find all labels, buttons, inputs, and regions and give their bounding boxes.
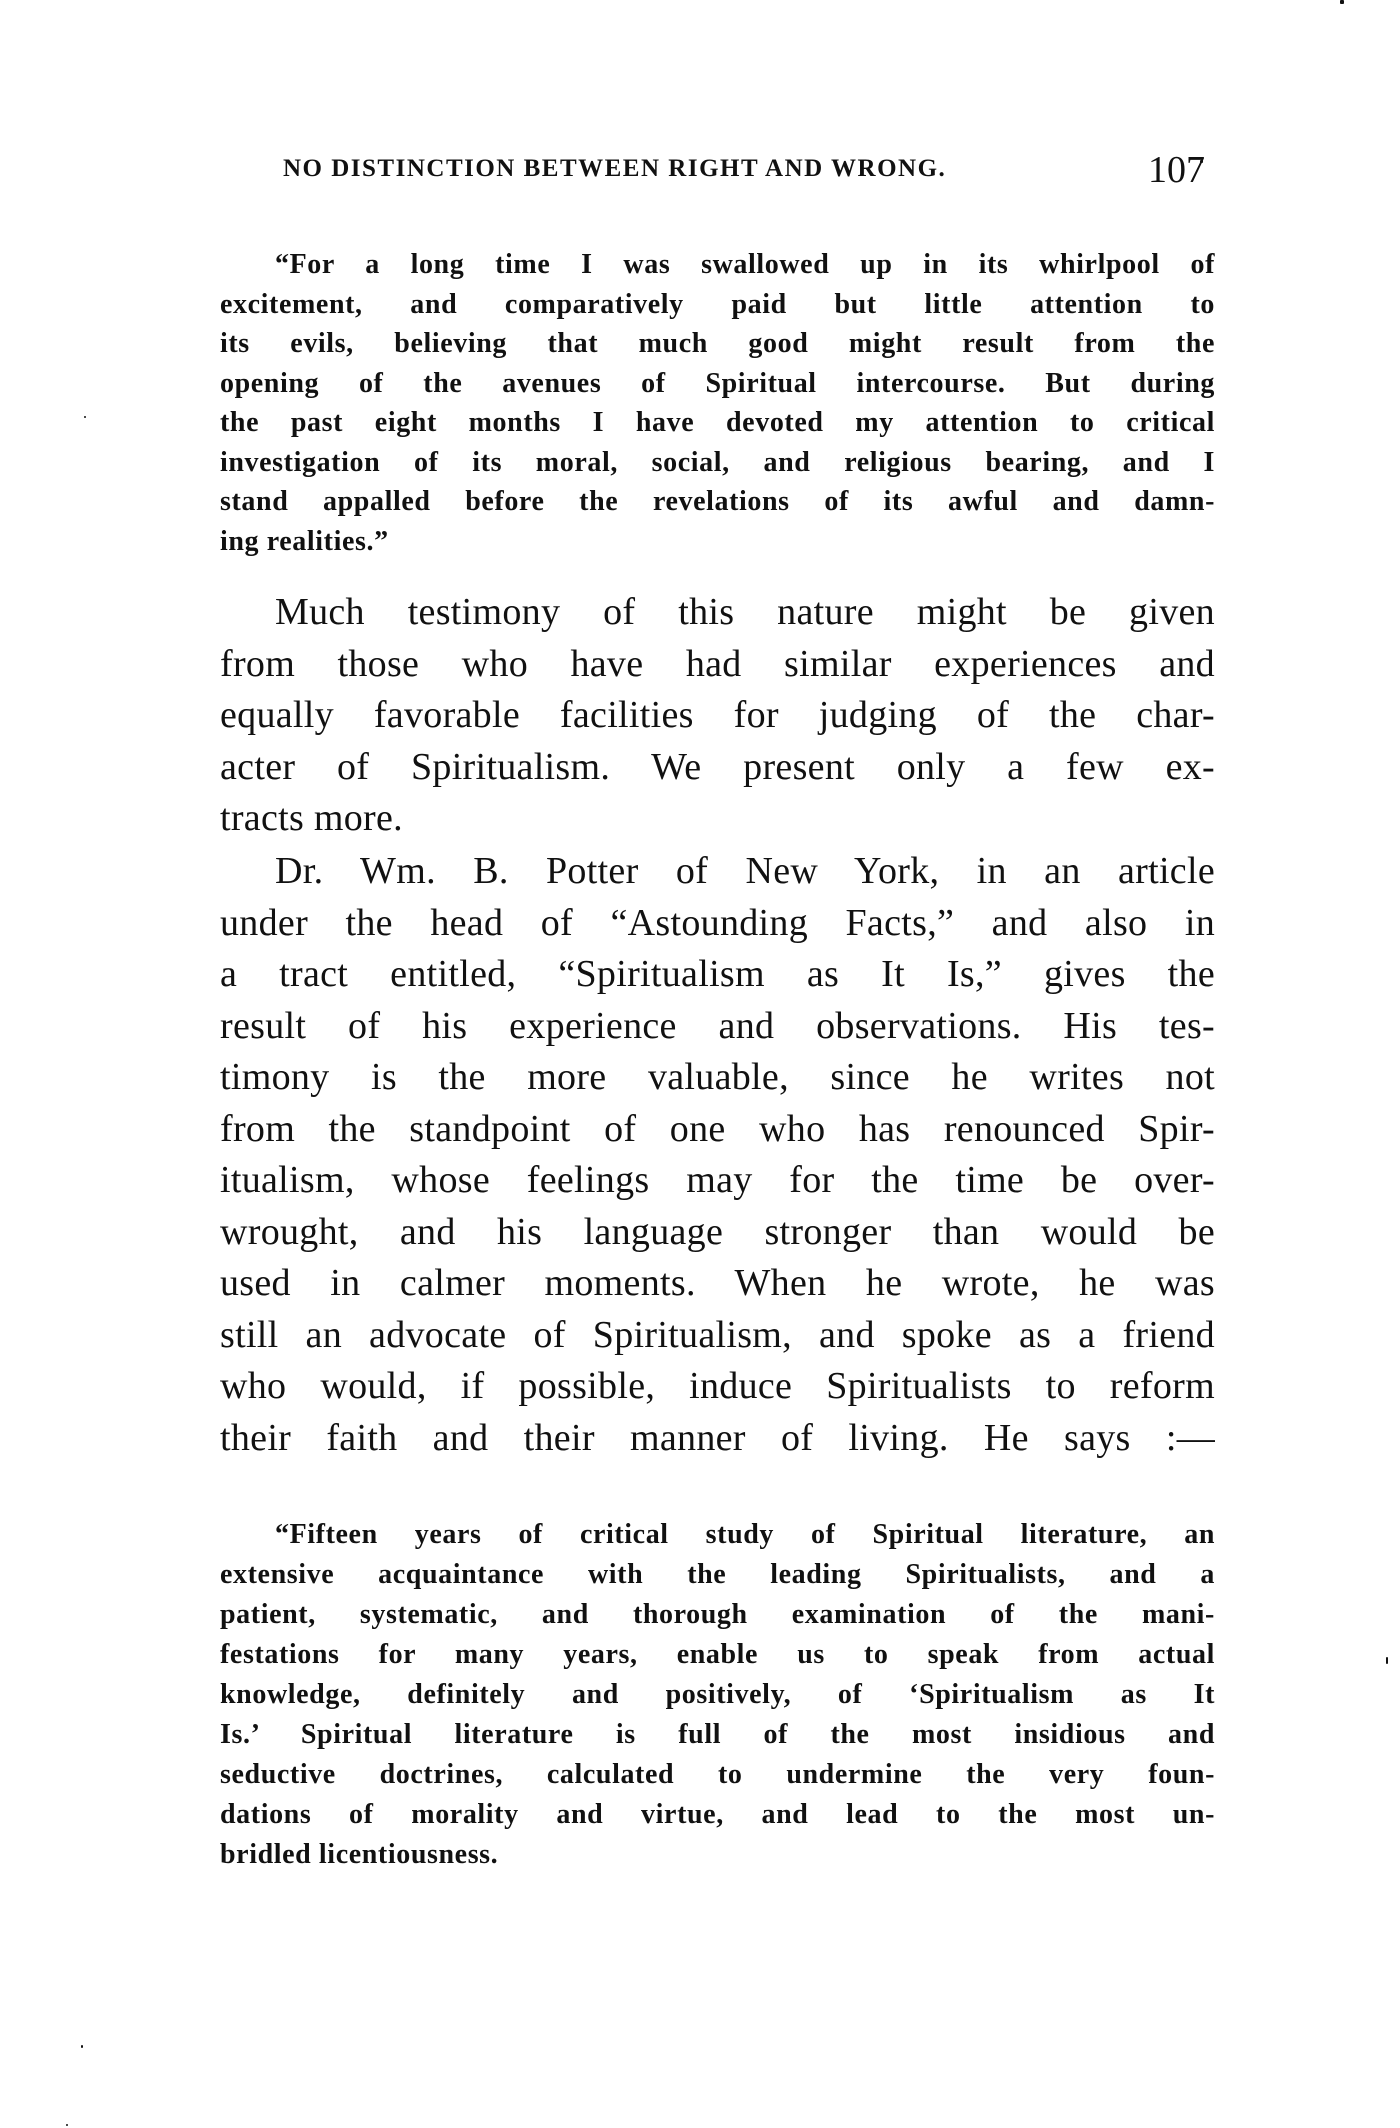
scan-speck xyxy=(1340,0,1344,4)
body-line: wrought, and his language stronger than … xyxy=(220,1207,1215,1259)
quote-line: bridled licentiousness. xyxy=(220,1835,1215,1875)
body-line: under the head of “Astounding Facts,” an… xyxy=(220,898,1215,950)
block-quote-1: “For a long time I was swallowed up in i… xyxy=(220,245,1215,561)
body-line: acter of Spiritualism. We present only a… xyxy=(220,742,1215,794)
body-line: from those who have had similar experien… xyxy=(220,639,1215,691)
body-line: from the standpoint of one who has renou… xyxy=(220,1104,1215,1156)
body-line: a tract entitled, “Spiritualism as It Is… xyxy=(220,949,1215,1001)
body-line: equally favorable facilities for judging… xyxy=(220,690,1215,742)
quote-line: festations for many years, enable us to … xyxy=(220,1635,1215,1675)
quote-line: its evils, believing that much good migh… xyxy=(220,324,1215,364)
quote-line: ing realities.” xyxy=(220,522,1215,562)
quote-line: patient, systematic, and thorough examin… xyxy=(220,1595,1215,1635)
body-line: still an advocate of Spiritualism, and s… xyxy=(220,1310,1215,1362)
scan-speck xyxy=(1386,1657,1388,1664)
book-page: NO DISTINCTION BETWEEN RIGHT AND WRONG. … xyxy=(0,0,1400,2128)
body-paragraph-2: Dr. Wm. B. Potter of New York, in an art… xyxy=(220,846,1215,1464)
body-line: itualism, whose feelings may for the tim… xyxy=(220,1155,1215,1207)
body-line: tracts more. xyxy=(220,793,1215,845)
quote-line: “Fifteen years of critical study of Spir… xyxy=(220,1515,1215,1555)
body-line: who would, if possible, induce Spiritual… xyxy=(220,1361,1215,1413)
quote-line: investigation of its moral, social, and … xyxy=(220,443,1215,483)
scan-speck xyxy=(66,2124,68,2126)
body-paragraph-1: Much testimony of this nature might be g… xyxy=(220,587,1215,845)
quote-line: stand appalled before the revelations of… xyxy=(220,482,1215,522)
running-title: NO DISTINCTION BETWEEN RIGHT AND WRONG. xyxy=(283,155,1183,183)
block-quote-2: “Fifteen years of critical study of Spir… xyxy=(220,1515,1215,1875)
quote-line: the past eight months I have devoted my … xyxy=(220,403,1215,443)
quote-line: Is.’ Spiritual literature is full of the… xyxy=(220,1715,1215,1755)
scan-speck xyxy=(84,416,86,418)
body-line: timony is the more valuable, since he wr… xyxy=(220,1052,1215,1104)
quote-line: extensive acquaintance with the leading … xyxy=(220,1555,1215,1595)
quote-line: excitement, and comparatively paid but l… xyxy=(220,285,1215,325)
page-number: 107 xyxy=(1148,148,1205,192)
body-line: result of his experience and observation… xyxy=(220,1001,1215,1053)
quote-line: “For a long time I was swallowed up in i… xyxy=(220,245,1215,285)
scan-speck xyxy=(81,2045,83,2048)
quote-line: dations of morality and virtue, and lead… xyxy=(220,1795,1215,1835)
body-line: their faith and their manner of living. … xyxy=(220,1413,1215,1465)
scan-speck xyxy=(1200,160,1203,163)
body-line: used in calmer moments. When he wrote, h… xyxy=(220,1258,1215,1310)
body-line: Dr. Wm. B. Potter of New York, in an art… xyxy=(220,846,1215,898)
quote-line: knowledge, definitely and positively, of… xyxy=(220,1675,1215,1715)
body-line: Much testimony of this nature might be g… xyxy=(220,587,1215,639)
quote-line: seductive doctrines, calculated to under… xyxy=(220,1755,1215,1795)
quote-line: opening of the avenues of Spiritual inte… xyxy=(220,364,1215,404)
